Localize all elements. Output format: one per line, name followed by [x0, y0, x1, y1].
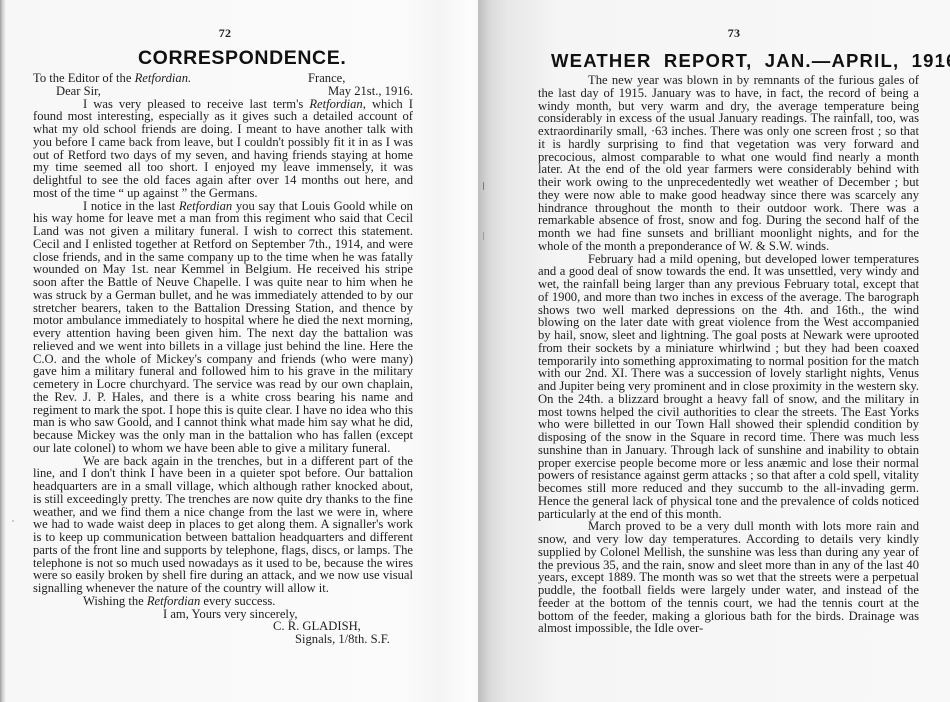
- page-number: 72: [215, 26, 235, 41]
- text-run: every success.: [200, 594, 275, 608]
- paper-mark: [483, 232, 484, 240]
- paragraph-march: March proved to be a very dull month wit…: [538, 520, 919, 635]
- addressee: To the Editor of the Retfordian.: [33, 72, 308, 85]
- page-number: 73: [724, 26, 744, 41]
- publication-name: Retfordian: [147, 594, 200, 608]
- letter-closing: I am, Yours very sincerely, C. R. GLADIS…: [33, 608, 413, 646]
- text-run: you say that Louis Goold while on his wa…: [33, 199, 413, 455]
- paragraph: Wishing the Retfordian every success.: [33, 595, 413, 608]
- paper-speck: [396, 103, 398, 105]
- letter-location: France,: [308, 72, 413, 85]
- text-run: We are back again in the trenches, but i…: [33, 454, 413, 596]
- letter-body: To the Editor of the Retfordian. France,…: [33, 72, 413, 646]
- paper-speck: [940, 62, 942, 64]
- paragraph-february: February had a mild opening, but develop…: [538, 253, 919, 521]
- paragraph: I notice in the last Retfordian you say …: [33, 200, 413, 455]
- paragraph: We are back again in the trenches, but i…: [33, 455, 413, 595]
- text-run: Wishing the: [83, 594, 147, 608]
- paper-speck: [12, 520, 14, 522]
- letter-address-line: To the Editor of the Retfordian. France,: [33, 72, 413, 85]
- text-run: , which I found most interesting, especi…: [33, 97, 413, 200]
- signature-unit: Signals, 1/8th. S.F.: [33, 633, 413, 646]
- paragraph: I was very pleased to receive last term'…: [33, 98, 413, 200]
- left-page: 72 CORRESPONDENCE. To the Editor of the …: [0, 0, 478, 702]
- publication-name: Retfordian.: [135, 71, 192, 85]
- page-title: CORRESPONDENCE.: [138, 47, 346, 70]
- page-title: WEATHER REPORT, JAN.—APRIL, 1916.: [551, 50, 950, 72]
- right-page: 73 WEATHER REPORT, JAN.—APRIL, 1916. The…: [478, 0, 950, 702]
- report-body: The new year was blown in by remnants of…: [538, 74, 919, 635]
- addressee-prefix: To the Editor of the: [33, 71, 135, 85]
- paper-mark: [483, 182, 484, 190]
- paragraph-january: The new year was blown in by remnants of…: [538, 74, 919, 253]
